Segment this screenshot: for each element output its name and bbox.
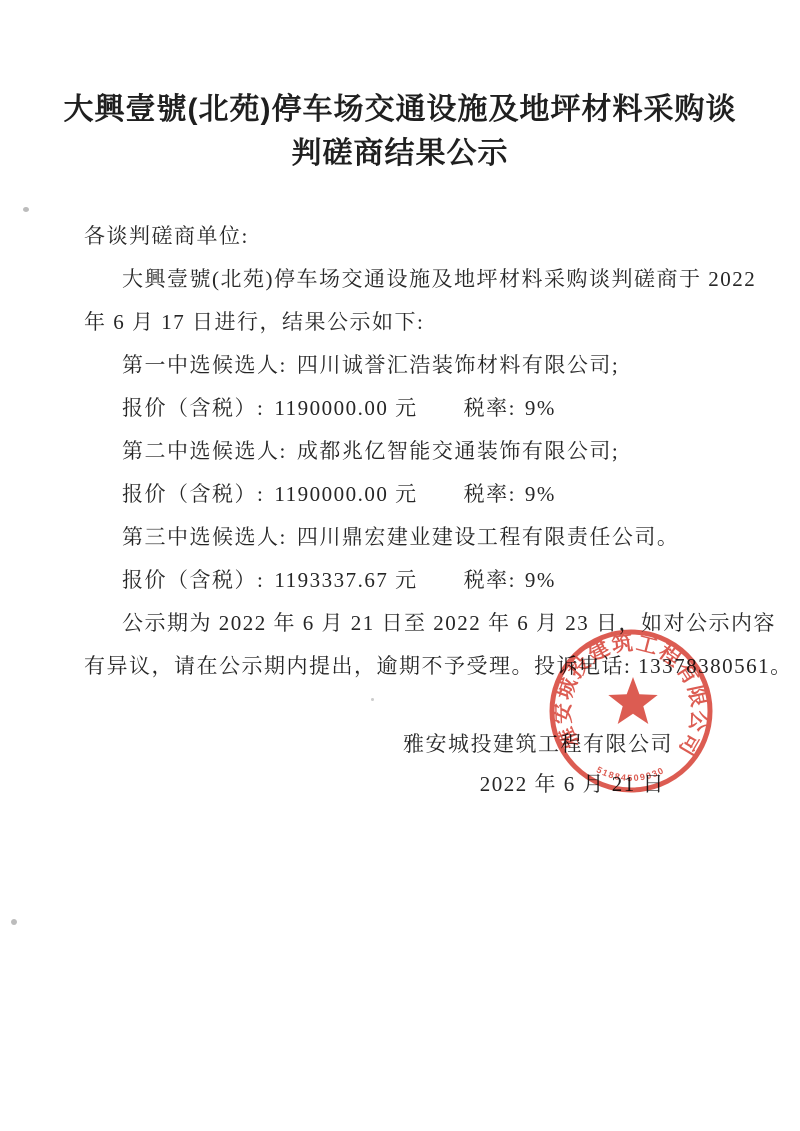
intro-line-1: 大興壹號(北苑)停车场交通设施及地坪材料采购谈判磋商于 2022 — [84, 258, 745, 301]
candidate-rank-label: 第一中选候选人: — [122, 353, 287, 377]
candidate-rank-line: 第三中选候选人:四川鼎宏建业建设工程有限责任公司。 — [84, 516, 745, 559]
document-page: 大興壹號(北苑)停车场交通设施及地坪材料采购谈 判磋商结果公示 各谈判磋商单位:… — [0, 0, 800, 1131]
scan-artifact-speck — [23, 207, 29, 212]
intro-line-2: 年 6 月 17 日进行，结果公示如下: — [84, 301, 745, 344]
price-label: 报价（含税）: — [122, 568, 264, 592]
price-value: 1190000.00 元 — [274, 396, 417, 420]
document-title: 大興壹號(北苑)停车场交通设施及地坪材料采购谈 判磋商结果公示 — [58, 88, 742, 176]
price-label: 报价（含税）: — [122, 396, 264, 420]
price-value: 1190000.00 元 — [274, 482, 417, 506]
candidate-company: 成都兆亿智能交通装饰有限公司; — [297, 439, 619, 463]
price-label: 报价（含税）: — [122, 482, 264, 506]
svg-text:51884509030: 51884509030 — [595, 764, 666, 783]
tax-rate-value: 9% — [525, 396, 556, 420]
candidate-block-3: 第三中选候选人:四川鼎宏建业建设工程有限责任公司。 报价（含税）:1193337… — [84, 516, 745, 602]
scan-artifact-speck — [11, 919, 17, 925]
candidate-rank-label: 第三中选候选人: — [122, 525, 287, 549]
candidate-block-1: 第一中选候选人:四川诚誉汇浩装饰材料有限公司; 报价（含税）:1190000.0… — [84, 344, 745, 430]
tax-rate-label: 税率: — [464, 396, 516, 420]
candidate-rank-label: 第二中选候选人: — [122, 439, 287, 463]
candidate-price-line: 报价（含税）:1190000.00 元税率:9% — [84, 473, 745, 516]
scan-artifact-speck — [371, 698, 374, 701]
candidate-price-line: 报价（含税）:1190000.00 元税率:9% — [84, 387, 745, 430]
candidate-rank-line: 第一中选候选人:四川诚誉汇浩装饰材料有限公司; — [84, 344, 745, 387]
price-value: 1193337.67 元 — [274, 568, 417, 592]
candidate-block-2: 第二中选候选人:成都兆亿智能交通装饰有限公司; 报价（含税）:1190000.0… — [84, 430, 745, 516]
salutation-line: 各谈判磋商单位: — [84, 215, 745, 258]
tax-rate-value: 9% — [525, 482, 556, 506]
candidate-rank-line: 第二中选候选人:成都兆亿智能交通装饰有限公司; — [84, 430, 745, 473]
tax-rate-label: 税率: — [464, 482, 516, 506]
tax-rate-label: 税率: — [464, 568, 516, 592]
candidate-company: 四川鼎宏建业建设工程有限责任公司。 — [297, 525, 680, 549]
candidate-company: 四川诚誉汇浩装饰材料有限公司; — [297, 353, 619, 377]
title-line-1: 大興壹號(北苑)停车场交通设施及地坪材料采购谈 — [58, 88, 742, 132]
tax-rate-value: 9% — [525, 568, 556, 592]
official-seal-stamp: 雅安城投建筑工程有限公司 51884509030 — [544, 624, 718, 798]
candidate-price-line: 报价（含税）:1193337.67 元税率:9% — [84, 559, 745, 602]
seal-star-icon — [608, 677, 657, 724]
title-line-2: 判磋商结果公示 — [58, 132, 742, 176]
seal-serial-number: 51884509030 — [595, 764, 666, 783]
